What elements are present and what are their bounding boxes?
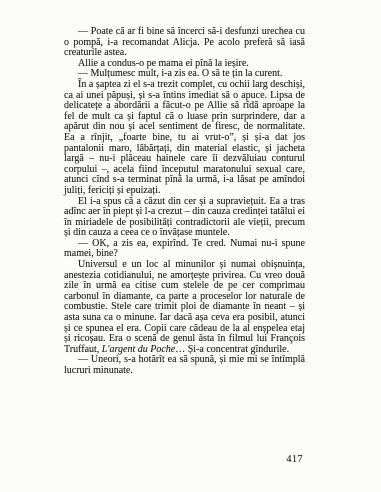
film-title: L'argent du Poche [102,344,175,355]
paragraph-text-run: … Și-a concentrat gîndurile. [175,344,289,355]
dialogue-line: — Poate că ar fi bine să încerci să-i de… [64,27,305,59]
page-text: — Poate că ar fi bine să încerci să-i de… [64,27,305,377]
paragraph: El i-a spus că a căzut din cer și a supr… [64,197,305,239]
paragraph: În a șaptea zi el s-a trezit complet, cu… [64,80,305,197]
dialogue-line: — Uneori, s-a hotărît ea să spună, și mi… [64,355,305,376]
book-page: — Poate că ar fi bine să încerci să-i de… [0,0,381,492]
dialogue-line: — OK, a zis ea, expirînd. Te cred. Numai… [64,239,305,260]
paragraph: Universul e un loc al minunilor și numai… [64,260,305,355]
page-number: 417 [64,454,303,465]
paragraph-text-run: Universul e un loc al minunilor și numai… [64,259,305,355]
